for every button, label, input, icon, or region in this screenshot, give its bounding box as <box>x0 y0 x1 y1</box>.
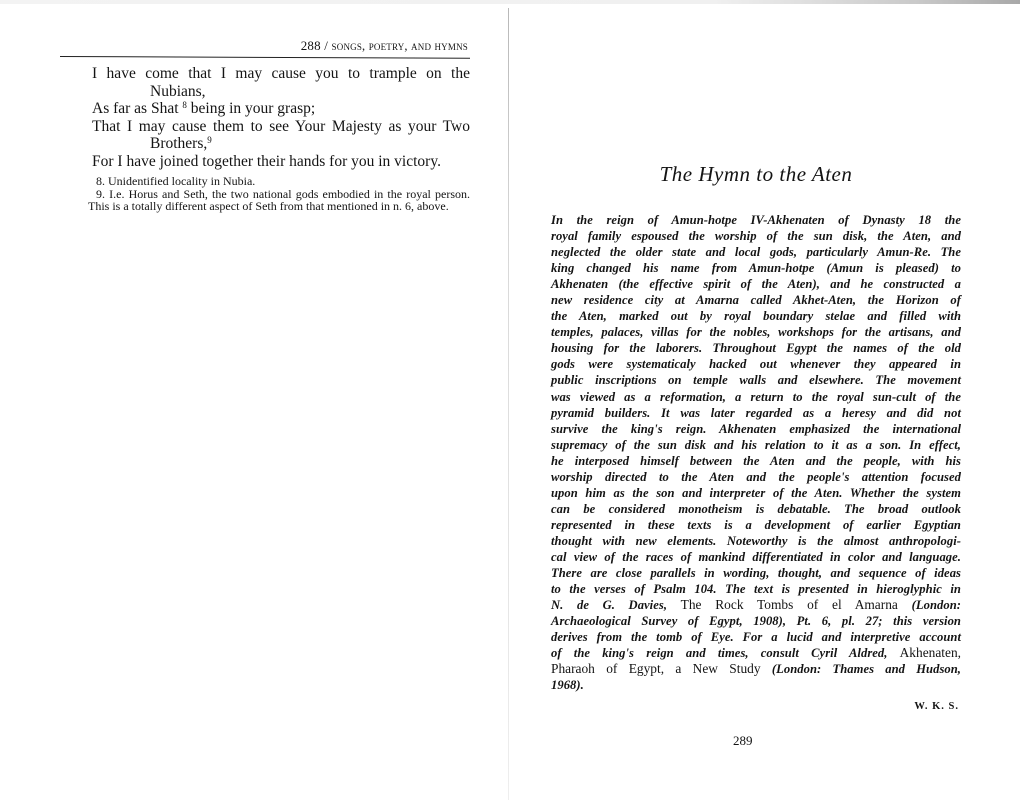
intro-line: temples, palaces, villas for the nobles,… <box>551 324 961 340</box>
scan-top-edge-shadow <box>0 0 1020 4</box>
left-page: 288 / songs, poetry, and hymns I have co… <box>60 38 470 213</box>
chapter-title: The Hymn to the Aten <box>551 160 961 188</box>
citation-line: Archaeological Survey of Egypt, 1908), P… <box>551 613 961 629</box>
intro-line: housing for the laborers. Throughout Egy… <box>551 340 961 356</box>
poem-line: I have come that I may cause you to tram… <box>92 65 470 83</box>
poem-line-text: being in your grasp; <box>187 100 315 117</box>
page-number-288: 288 <box>301 38 321 53</box>
intro-line: gods were systematicaly hacked out whene… <box>551 356 961 372</box>
intro-line: supremacy of the sun disk and his relati… <box>551 437 961 453</box>
poem-excerpt: I have come that I may cause you to tram… <box>60 65 470 170</box>
intro-line: thought with new elements. Noteworthy is… <box>551 533 961 549</box>
intro-line: the Aten, marked out by royal boundary s… <box>551 308 961 324</box>
running-head-separator: / <box>321 38 332 53</box>
citation-line: 1968). <box>551 677 961 693</box>
poem-line-text: Brothers, <box>150 135 207 152</box>
intro-line: to the verses of Psalm 104. The text is … <box>551 581 961 597</box>
intro-line: he interposed himself between the Aten a… <box>551 453 961 469</box>
intro-line: Akhenaten (the effective spirit of the A… <box>551 276 961 292</box>
poem-line: As far as Shat 8 being in your grasp; <box>92 100 470 118</box>
poem-line-text: As far as Shat <box>92 100 179 117</box>
intro-line: neglected the older state and local gods… <box>551 244 961 260</box>
page-number-289: 289 <box>733 733 753 749</box>
citation-line: of the king's reign and times, consult C… <box>551 645 961 661</box>
introduction-paragraph: In the reign of Amun-hotpe IV-Akhenaten … <box>551 212 961 693</box>
footnote-text: I.e. Horus and Seth, the two national go… <box>88 187 470 214</box>
running-head-section: songs, poetry, and hymns <box>332 39 468 53</box>
intro-line: was viewed as a reformation, a return to… <box>551 389 961 405</box>
poem-line: That I may cause them to see Your Majest… <box>92 118 470 136</box>
poem-line-continuation: Brothers,9 <box>92 135 470 153</box>
book-title: The Rock Tombs of el Amarna <box>681 597 912 612</box>
intro-line: public inscriptions on temple walls and … <box>551 372 961 388</box>
intro-line: royal family espoused the worship of the… <box>551 228 961 244</box>
intro-line: cal view of the races of mankind differe… <box>551 549 961 565</box>
author-initials: W. K. S. <box>551 701 961 712</box>
intro-line: pyramid builders. It was later regarded … <box>551 405 961 421</box>
running-head-rule <box>60 56 470 59</box>
book-gutter-line <box>508 8 509 800</box>
intro-line: survive the king's reign. Akhenaten emph… <box>551 421 961 437</box>
intro-line: upon him as the son and interpreter of t… <box>551 485 961 501</box>
citation-line: N. de G. Davies, The Rock Tombs of el Am… <box>551 597 961 613</box>
book-title: Akhenaten, <box>900 645 961 660</box>
right-page: The Hymn to the Aten In the reign of Amu… <box>551 160 961 712</box>
book-title: Pharaoh of Egypt, a New Study <box>551 661 772 676</box>
footnotes: 8. Unidentified locality in Nubia. 9. I.… <box>60 175 470 213</box>
poem-line: For I have joined together their hands f… <box>92 153 470 171</box>
citation-line: Pharaoh of Egypt, a New Study (London: T… <box>551 661 961 677</box>
citation-line: derives from the tomb of Eye. For a luci… <box>551 629 961 645</box>
poem-line-continuation: Nubians, <box>92 83 470 101</box>
footnote-ref-9[interactable]: 9 <box>207 135 212 145</box>
intro-line: new residence city at Amarna called Akhe… <box>551 292 961 308</box>
intro-line: represented in these texts is a developm… <box>551 517 961 533</box>
running-head: 288 / songs, poetry, and hymns <box>60 38 470 54</box>
intro-line: There are close parallels in wording, th… <box>551 565 961 581</box>
intro-line: can be considered monotheism is debatabl… <box>551 501 961 517</box>
intro-line: In the reign of Amun-hotpe IV-Akhenaten … <box>551 212 961 228</box>
intro-line: worship directed to the Aten and the peo… <box>551 469 961 485</box>
footnote-9: 9. I.e. Horus and Seth, the two national… <box>88 188 470 213</box>
intro-line: king changed his name from Amun-hotpe (A… <box>551 260 961 276</box>
